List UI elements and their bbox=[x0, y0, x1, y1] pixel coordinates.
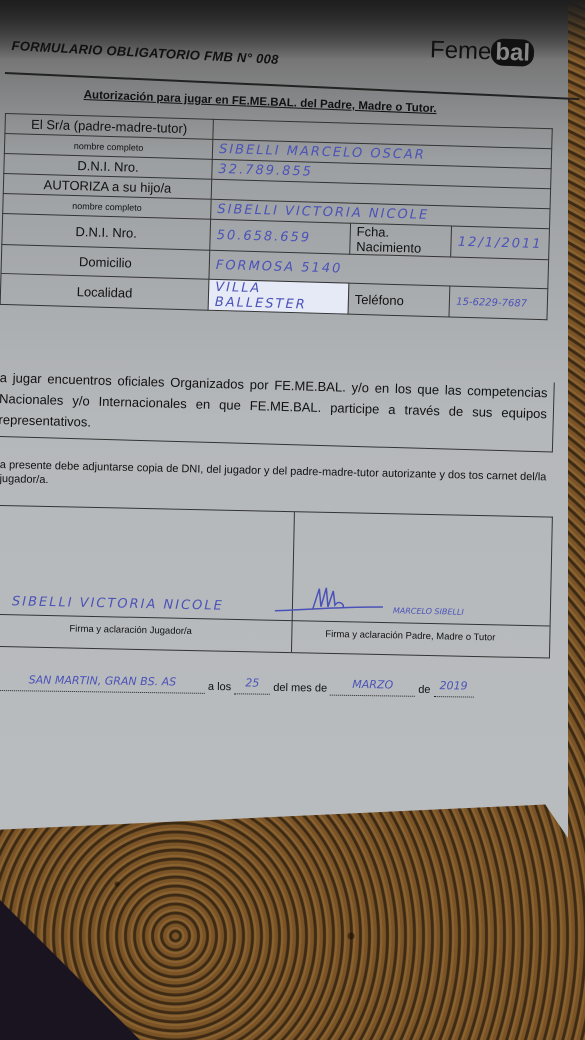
subtitle: Autorización para jugar en FE.ME.BAL. de… bbox=[84, 89, 437, 115]
place-value: SAN MARTIN, GRAN BS. AS bbox=[29, 673, 177, 688]
form-title: FORMULARIO OBLIGATORIO FMB N° 008 bbox=[11, 38, 279, 67]
logo-text: Feme bbox=[430, 36, 492, 65]
del-mes-de-label: del mes de bbox=[273, 682, 327, 695]
signature-divider bbox=[291, 512, 295, 652]
phone-field[interactable]: 15-6229-7687 bbox=[449, 286, 548, 320]
child-dni-field[interactable]: 50.658.659 bbox=[210, 219, 351, 254]
a-los-label: a los bbox=[208, 681, 231, 693]
place-date-line: SAN MARTIN, GRAN BS. AS a los 25 del mes… bbox=[0, 677, 540, 699]
femebal-logo: Femebal bbox=[430, 36, 535, 68]
year-value: 2019 bbox=[440, 679, 468, 692]
parent-signature-name[interactable]: MARCELO SIBELLI bbox=[393, 606, 464, 616]
locality-field[interactable]: VILLA BALLESTER bbox=[208, 279, 349, 314]
phone-label: Teléfono bbox=[348, 283, 450, 317]
logo-badge: bal bbox=[491, 38, 535, 66]
day-value: 25 bbox=[245, 676, 259, 689]
birth-date-field[interactable]: 12/1/2011 bbox=[451, 226, 550, 260]
day-field[interactable]: 25 bbox=[234, 680, 270, 695]
attachment-note: a presente debe adjuntarse copia de DNI,… bbox=[0, 458, 560, 499]
locality-label: Localidad bbox=[0, 273, 209, 310]
player-signature-caption: Firma y aclaración Jugador/a bbox=[69, 623, 192, 637]
signature-box: SIBELLI VICTORIA NICOLE MARCELO SIBELLI … bbox=[0, 505, 553, 659]
place-field[interactable]: SAN MARTIN, GRAN BS. AS bbox=[0, 677, 205, 694]
year-field[interactable]: 2019 bbox=[433, 683, 473, 698]
document-content: FORMULARIO OBLIGATORIO FMB N° 008 Femeba… bbox=[0, 0, 585, 1040]
player-signature[interactable]: SIBELLI VICTORIA NICOLE bbox=[12, 594, 224, 613]
de-label: de bbox=[418, 684, 430, 696]
authorization-form-table: El Sr/a (padre-madre-tutor) nombre compl… bbox=[0, 113, 553, 320]
parent-signature-caption: Firma y aclaración Padre, Madre o Tutor bbox=[325, 629, 495, 644]
month-field[interactable]: MARZO bbox=[330, 682, 415, 697]
parent-signature-scribble bbox=[273, 584, 394, 617]
authorization-paragraph: a jugar encuentros oficiales Organizados… bbox=[0, 367, 555, 452]
birth-label: Fcha. Nacimiento bbox=[349, 223, 451, 257]
month-value: MARZO bbox=[352, 678, 393, 692]
